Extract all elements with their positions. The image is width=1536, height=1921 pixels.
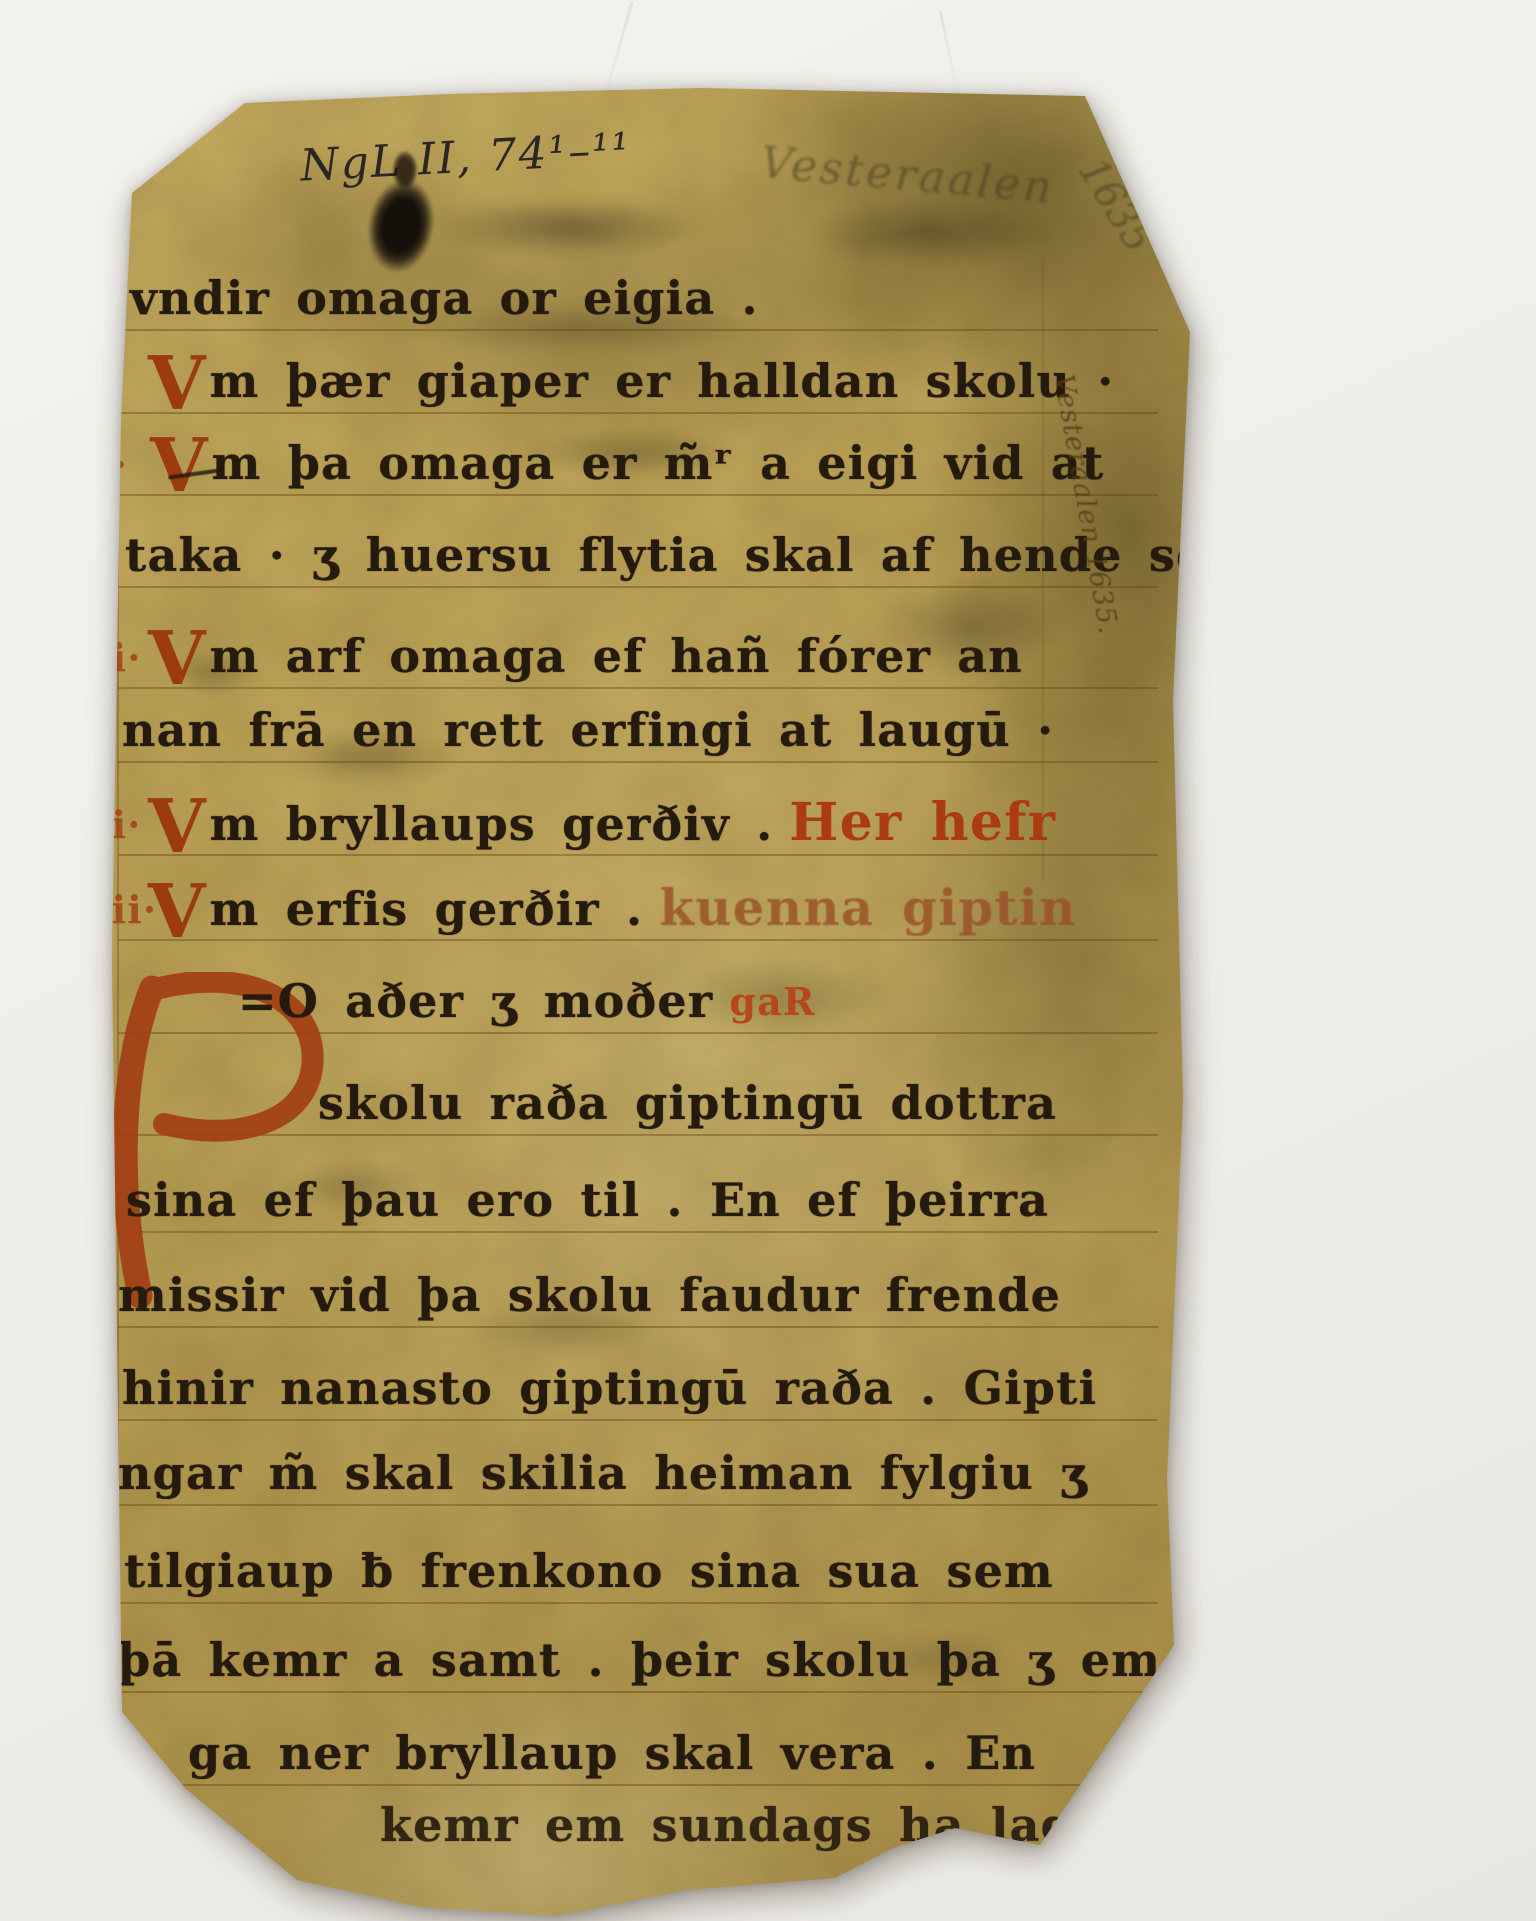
ruling-line — [118, 687, 1158, 689]
manuscript-text-line: missir vid þa skolu faudur frende — [118, 1272, 1061, 1318]
manuscript-text-line: sina ef þau ero til . En ef þeirra — [126, 1177, 1049, 1223]
bleedthrough-smudge — [390, 185, 750, 270]
ruling-line — [118, 329, 1158, 331]
line-text: tilgiaup ƀ frenkono sina sua sem — [124, 1544, 1054, 1598]
margin-mark: I — [1188, 828, 1210, 884]
line-text: þā kemr a samt . þeir skolu þa ʒ em — [118, 1633, 1161, 1687]
chapter-number: · — [96, 360, 110, 406]
chapter-number: iii· — [96, 887, 157, 933]
line-text: nan frā en rett erfingi at laugū · — [122, 703, 1054, 757]
manuscript-text-line: nan frā en rett erfingi at laugū · — [122, 707, 1054, 753]
ruling-line — [118, 1504, 1158, 1506]
line-text: m þær giaper er halldan skolu · — [210, 354, 1115, 408]
shelfmark-annotation: NgL II, 74¹–¹¹ — [299, 123, 633, 191]
line-text: vndir omaga or eigia . — [130, 271, 759, 325]
initial-letter: V — [148, 616, 207, 702]
manuscript-text-line: skolu raða giptingū dottra — [318, 1080, 1057, 1126]
manuscript-text-line: ii·Vm bryllaups gerðiv .Her hefr — [148, 800, 1056, 850]
initial-letter: V — [150, 423, 209, 509]
ruling-line — [118, 494, 1158, 496]
ruling-line — [118, 1602, 1158, 1604]
manuscript-text-line: tilgiaup ƀ frenkono sina sua sem — [124, 1548, 1054, 1594]
ruling-line — [118, 761, 1158, 763]
manuscript-text-line: ngar m̃ skal skilia heiman fylgiu ʒ — [118, 1450, 1088, 1496]
rubric-text: kuenna giptin — [659, 878, 1076, 937]
line-text: sina ef þau ero til . En ef þeirra — [126, 1173, 1049, 1227]
line-text: m arf omaga ef hañ fórer an — [210, 629, 1023, 683]
manuscript-text-line: þā kemr a samt . þeir skolu þa ʒ em — [118, 1637, 1161, 1683]
rubric-text: Her hefr — [789, 792, 1056, 853]
manuscript-text-line: iii·Vm erfis gerðir .kuenna giptin — [148, 885, 1077, 935]
manuscript-text-line: kemr em sundags ha lag — [380, 1802, 1074, 1848]
initial-letter: V — [148, 341, 207, 427]
ruling-line — [118, 1784, 1158, 1786]
manuscript-text-line: i·Vm þa omaga er m̃ʳ a eigi vid at — [150, 440, 1104, 489]
ruling-line — [118, 854, 1158, 856]
manuscript-text-line: vndir omaga or eigia . — [130, 275, 759, 321]
line-text: hinir nanasto giptingū raða . Gipti — [122, 1361, 1097, 1415]
rubric-text: gaR — [729, 979, 815, 1024]
chapter-number: i· — [98, 442, 128, 488]
chapter-number: ii· — [96, 802, 142, 848]
manuscript-text-line: =O aðer ʒ moðergaR — [238, 978, 816, 1025]
ruling-line — [118, 586, 1158, 588]
manuscript-text-line: ·Vm þær giaper er halldan skolu · — [148, 358, 1114, 407]
line-text: kemr em sundags ha lag — [380, 1798, 1074, 1852]
parchment-fragment: vndir omaga or eigia . ·Vm þær giaper er… — [0, 0, 1536, 1921]
ruling-line — [118, 1691, 1158, 1693]
ruling-line — [118, 1326, 1158, 1328]
ruling-line — [118, 1419, 1158, 1421]
line-text: m erfis gerðir . — [210, 882, 644, 936]
line-text: skolu raða giptingū dottra — [318, 1076, 1057, 1130]
line-text: ngar m̃ skal skilia heiman fylgiu ʒ — [118, 1446, 1088, 1500]
manuscript-text-line: hinir nanasto giptingū raða . Gipti — [122, 1365, 1097, 1411]
ruling-line — [118, 939, 1158, 941]
photo-backdrop: { "photo": { "backdrop_color": "#f0eeea"… — [0, 0, 1536, 1921]
line-text: m bryllaups gerðiv . — [210, 797, 774, 851]
ruling-line — [118, 412, 1158, 414]
ink-blot — [392, 150, 418, 190]
manuscript-text-line: ga ner bryllaup skal vera . En — [188, 1730, 1036, 1776]
line-text: ga ner bryllaup skal vera . En — [188, 1726, 1036, 1780]
chapter-number: ii· — [96, 635, 142, 681]
line-text: m þa omaga er m̃ʳ a eigi vid at — [212, 436, 1105, 490]
line-text: =O aðer ʒ moðer — [238, 974, 713, 1028]
initial-letter: V — [148, 784, 207, 870]
line-text: missir vid þa skolu faudur frende — [118, 1268, 1061, 1322]
parchment-shadow-wrap: vndir omaga or eigia . ·Vm þær giaper er… — [0, 0, 1536, 1921]
manuscript-text-line: ii·Vm arf omaga ef hañ fórer an — [148, 633, 1023, 682]
